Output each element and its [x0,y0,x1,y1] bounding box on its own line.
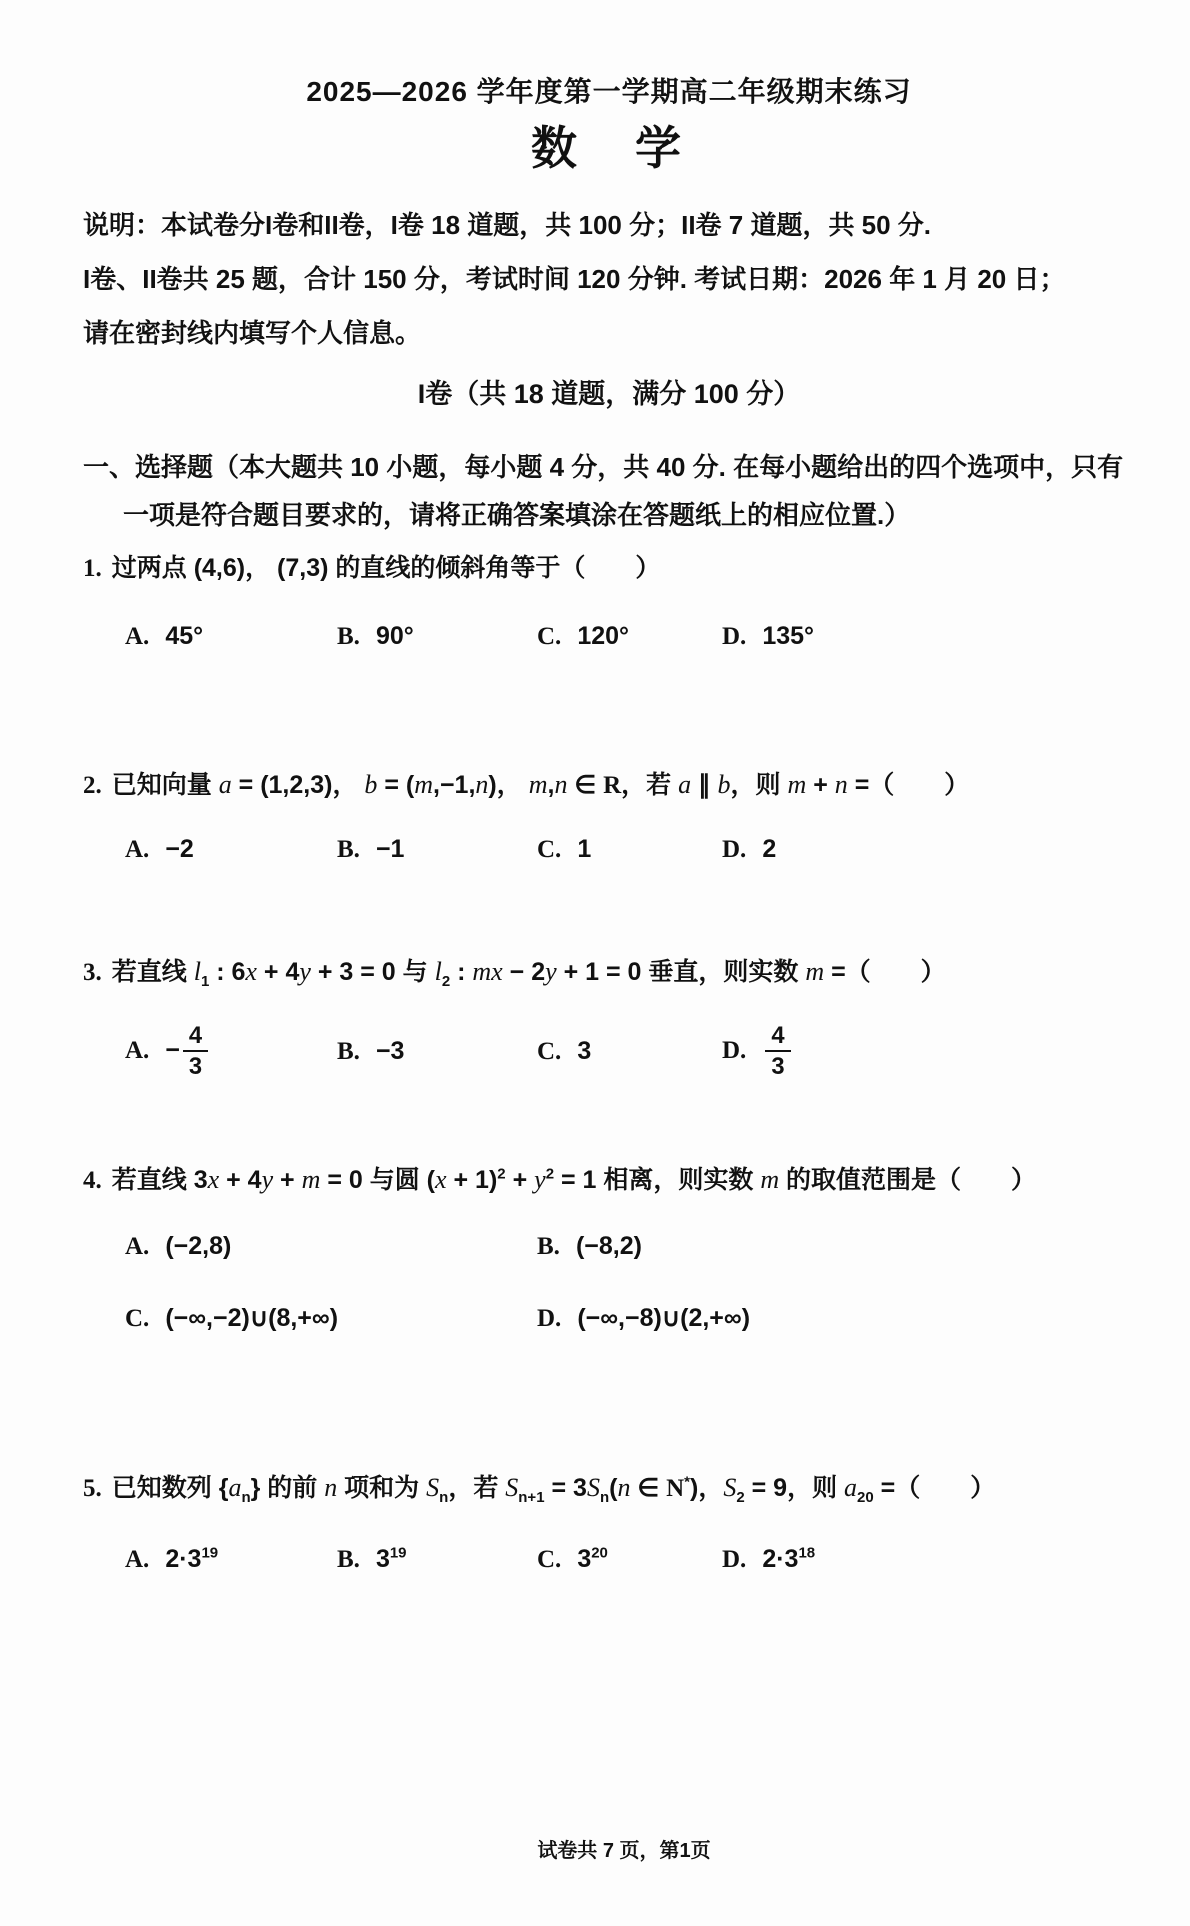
question-5-stem: 5.已知数列 {an} 的前 n 项和为 Sn，若 Sn+1 = 3Sn(n ∈… [83,1468,1135,1504]
option-label: B. [337,623,360,650]
question-4-options: A.(−2,8) B.(−8,2) C.(−∞,−2)∪(8,+∞) D.(−∞… [83,1232,1135,1333]
option-label: B. [337,1038,360,1065]
option-d: D.135° [722,622,1135,651]
option-label: C. [537,623,561,650]
option-label: C. [537,836,561,863]
option-a: A.(−2,8) [125,1232,537,1261]
option-b: B.(−8,2) [537,1232,1135,1261]
option-value: (−∞,−2)∪(8,+∞) [165,1304,338,1332]
option-c: C.320 [537,1545,722,1574]
option-b: B.−1 [337,835,537,864]
question-number: 2. [83,772,102,800]
option-label: D. [722,1037,746,1064]
option-value: 2·319 [165,1545,218,1573]
option-a: A.45° [125,622,337,651]
option-c: C.120° [537,622,722,651]
option-value: 320 [577,1545,608,1573]
question-3-stem: 3.若直线 l1 : 6x + 4y + 3 = 0 与 l2 : mx − 2… [83,952,1135,988]
question-number: 4. [83,1167,102,1195]
option-a: A.−2 [125,835,337,864]
option-label: C. [537,1546,561,1573]
option-value: 2 [762,835,776,863]
part1-heading-line-1: 一、选择题（本大题共 10 小题，每小题 4 分，共 40 分. 在每小题给出的… [83,447,1135,484]
question-5-options: A.2·319 B.319 C.320 D.2·318 [83,1545,1135,1574]
question-number: 3. [83,959,102,987]
instructions-line-1: 说明：本试卷分I卷和II卷，I卷 18 道题，共 100 分；II卷 7 道题，… [83,212,1135,238]
exam-title: 数 学 [83,112,1135,178]
option-c: C.(−∞,−2)∪(8,+∞) [125,1303,537,1333]
option-value: 120° [577,622,629,650]
option-label: A. [125,836,149,863]
option-a: A.−43 [125,1022,337,1081]
option-value: 3 [577,1037,591,1065]
instructions-line-3: 请在密封线内填写个人信息。 [83,320,1135,346]
question-3-options: A.−43 B.−3 C.3 D.43 [83,1005,1135,1097]
option-value: −2 [165,835,194,863]
question-text: 已知数列 {an} 的前 n 项和为 Sn，若 Sn+1 = 3Sn(n ∈ N… [112,1474,996,1502]
question-2-stem: 2.已知向量 a = (1,2,3)， b = (m,−1,n)， m,n ∈ … [83,765,1135,801]
option-label: B. [337,836,360,863]
part1-heading-line-2: 一项是符合题目要求的，请将正确答案填涂在答题纸上的相应位置.） [83,495,1135,532]
question-text: 已知向量 a = (1,2,3)， b = (m,−1,n)， m,n ∈ R，… [112,771,970,799]
option-label: D. [722,836,746,863]
option-label: A. [125,1037,149,1064]
option-label: C. [125,1305,149,1332]
option-value: 43 [762,1036,793,1064]
question-1-stem: 1.过两点 (4,6)， (7,3) 的直线的倾斜角等于（ ） [83,548,1135,584]
option-label: C. [537,1038,561,1065]
option-b: B.319 [337,1545,537,1574]
option-b: B.90° [337,622,537,651]
option-label: B. [337,1546,360,1573]
option-label: B. [537,1233,560,1260]
question-1-options: A.45° B.90° C.120° D.135° [83,622,1135,651]
option-value: 45° [165,622,203,650]
question-number: 5. [83,1475,102,1503]
option-value: (−2,8) [165,1232,231,1260]
option-label: A. [125,623,149,650]
option-value: −1 [376,835,405,863]
option-label: D. [722,1546,746,1573]
option-d: D.2 [722,835,1135,864]
option-value: (−∞,−8)∪(2,+∞) [577,1304,750,1332]
option-c: C.3 [537,1037,722,1066]
question-text: 过两点 (4,6)， (7,3) 的直线的倾斜角等于（ ） [112,554,661,582]
option-value: 90° [376,622,414,650]
option-label: D. [537,1305,561,1332]
option-label: D. [722,623,746,650]
option-c: C.1 [537,835,722,864]
option-value: 135° [762,622,814,650]
option-a: A.2·319 [125,1545,337,1574]
option-value: −3 [376,1037,405,1065]
question-4-stem: 4.若直线 3x + 4y + m = 0 与圆 (x + 1)2 + y2 =… [83,1160,1135,1196]
option-value: 1 [577,835,591,863]
option-label: A. [125,1233,149,1260]
question-text: 若直线 3x + 4y + m = 0 与圆 (x + 1)2 + y2 = 1… [112,1166,1036,1194]
option-value: (−8,2) [576,1232,642,1260]
option-b: B.−3 [337,1037,537,1066]
question-2-options: A.−2 B.−1 C.1 D.2 [83,835,1135,864]
instructions-line-2: I卷、II卷共 25 题，合计 150 分，考试时间 120 分钟. 考试日期：… [83,266,1135,292]
page-footer: 试卷共 7 页，第1页 [83,1834,1135,1863]
option-value: 2·318 [762,1545,815,1573]
option-d: D.2·318 [722,1545,1135,1574]
question-number: 1. [83,555,102,583]
section-title: I卷（共 18 道题，满分 100 分） [83,372,1135,411]
option-d: D.(−∞,−8)∪(2,+∞) [537,1303,1135,1333]
question-text: 若直线 l1 : 6x + 4y + 3 = 0 与 l2 : mx − 2y … [112,958,946,986]
option-value: −43 [165,1036,211,1064]
exam-paper-page: 2025—2026 学年度第一学期高二年级期末练习 数 学 说明：本试卷分I卷和… [0,0,1190,1926]
exam-header-line: 2025—2026 学年度第一学期高二年级期末练习 [83,70,1135,110]
option-value: 319 [376,1545,407,1573]
option-label: A. [125,1546,149,1573]
option-d: D.43 [722,1022,1135,1081]
